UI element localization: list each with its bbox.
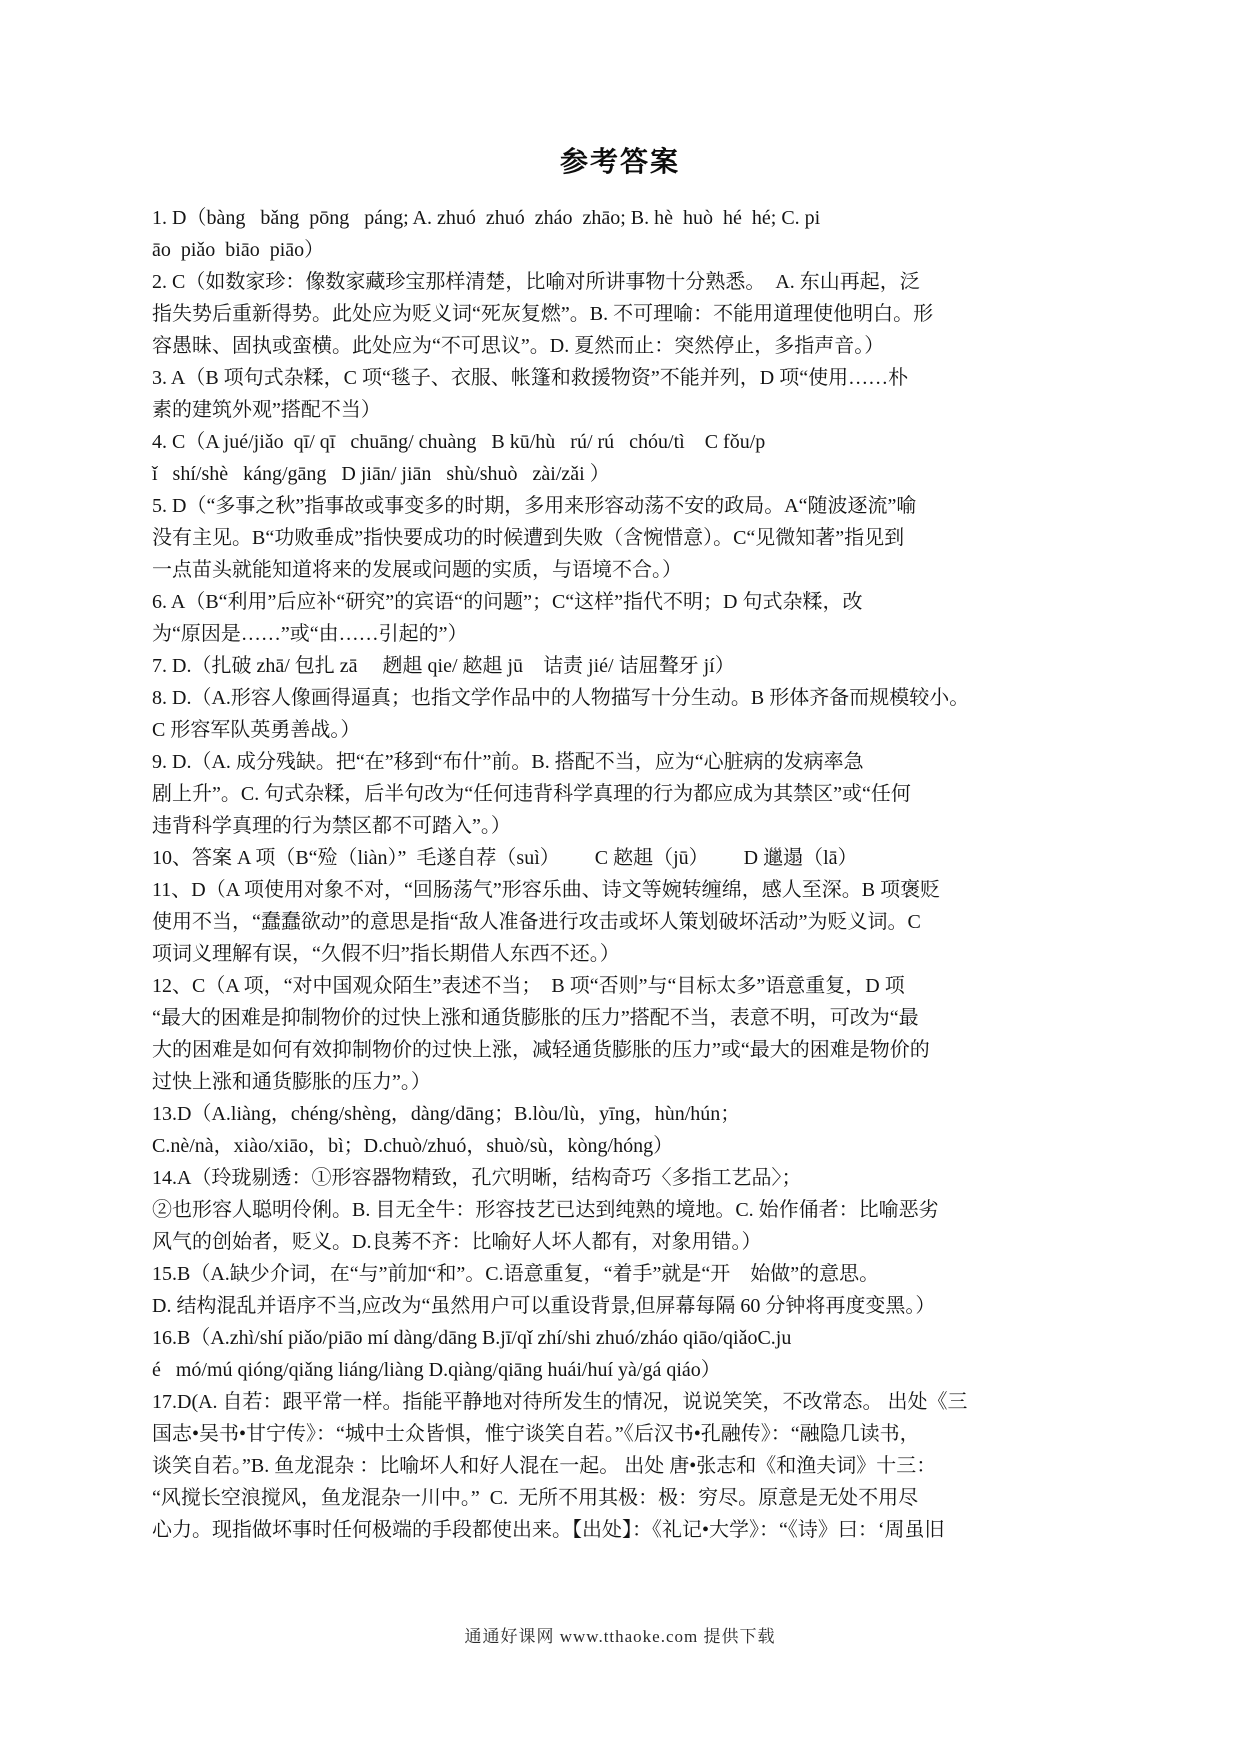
answer-line-12: 过快上涨和通货膨胀的压力”。） — [152, 1066, 1112, 1098]
answer-line-5: 5. D（“多事之秋”指事故或事变多的时期，多用来形容动荡不安的政局。A“随波逐… — [152, 490, 1112, 522]
answer-line-17: 17.D(A. 自若：跟平常一样。指能平静地对待所发生的情况，说说笑笑，不改常态… — [152, 1386, 1112, 1418]
answer-line-6: 为“原因是……”或“由……引起的”） — [152, 618, 1112, 650]
answer-line-9: 9. D.（A. 成分残缺。把“在”移到“布什”前。B. 搭配不当，应为“心脏病… — [152, 746, 1112, 778]
answer-line-11: 使用不当，“蠢蠢欲动”的意思是指“敌人准备进行攻击或坏人策划破坏活动”为贬义词。… — [152, 906, 1112, 938]
answer-line-2: 2. C（如数家珍：像数家藏珍宝那样清楚，比喻对所讲事物十分熟悉。 A. 东山再… — [152, 266, 1112, 298]
answer-line-17: “风搅长空浪搅风，鱼龙混杂一川中。” C. 无所不用其极：极：穷尽。原意是无处不… — [152, 1482, 1112, 1514]
answer-line-3: 3. A（B 项句式杂糅，C 项“毯子、衣服、帐篷和救援物资”不能并列，D 项“… — [152, 362, 1112, 394]
answer-line-14: 风气的创始者，贬义。D.良莠不齐：比喻好人坏人都有，对象用错。） — [152, 1226, 1112, 1258]
answer-line-12: 大的困难是如何有效抑制物价的过快上涨，减轻通货膨胀的压力”或“最大的困难是物价的 — [152, 1034, 1112, 1066]
answer-line-13: C.nè/nà，xiào/xiāo，bì；D.chuò/zhuó，shuò/sù… — [152, 1130, 1112, 1162]
answer-line-14: ②也形容人聪明伶俐。B. 目无全牛：形容技艺已达到纯熟的境地。C. 始作俑者：比… — [152, 1194, 1112, 1226]
answers-list: 1. D（bàng bǎng pōng páng; A. zhuó zhuó z… — [152, 202, 1112, 1546]
answer-line-6: 6. A（B“利用”后应补“研究”的宾语“的问题”；C“这样”指代不明；D 句式… — [152, 586, 1112, 618]
answer-line-4: ǐ shí/shè káng/gāng D jiān/ jiān shù/shu… — [152, 458, 1112, 490]
answer-line-3: 素的建筑外观”搭配不当） — [152, 394, 1112, 426]
answer-line-11: 项词义理解有误，“久假不归”指长期借人东西不还。） — [152, 938, 1112, 970]
answer-line-8: 8. D.（A.形容人像画得逼真；也指文学作品中的人物描写十分生动。B 形体齐备… — [152, 682, 1112, 714]
answer-line-1: āo piǎo biāo piāo） — [152, 234, 1112, 266]
answer-line-2: 容愚昧、固执或蛮横。此处应为“不可思议”。D. 夏然而止：突然停止，多指声音。） — [152, 330, 1112, 362]
answer-line-5: 一点苗头就能知道将来的发展或问题的实质，与语境不合。） — [152, 554, 1112, 586]
answer-line-7: 7. D.（扎破 zhā/ 包扎 zā 趔趄 qie/ 趑趄 jū 诘责 jié… — [152, 650, 1112, 682]
answer-line-17: 国志•吴书•甘宁传》：“城中士众皆惧，惟宁谈笑自若。”《后汉书•孔融传》：“融隐… — [152, 1418, 1112, 1450]
answer-line-4: 4. C（A jué/jiǎo qī/ qī chuāng/ chuàng B … — [152, 426, 1112, 458]
answer-line-17: 心力。现指做坏事时任何极端的手段都使出来。【出处】：《礼记•大学》：“《诗》曰：… — [152, 1514, 1112, 1546]
answer-line-9: 剧上升”。C. 句式杂糅，后半句改为“任何违背科学真理的行为都应成为其禁区”或“… — [152, 778, 1112, 810]
answer-line-2: 指失势后重新得势。此处应为贬义词“死灰复燃”。B. 不可理喻：不能用道理使他明白… — [152, 298, 1112, 330]
answer-line-11: 11、D（A 项使用对象不对，“回肠荡气”形容乐曲、诗文等婉转缠绵，感人至深。B… — [152, 874, 1112, 906]
answer-line-15: D. 结构混乱并语序不当,应改为“虽然用户可以重设背景,但屏幕每隔 60 分钟将… — [152, 1290, 1112, 1322]
answer-line-5: 没有主见。B“功败垂成”指快要成功的时候遭到失败（含惋惜意）。C“见微知著”指见… — [152, 522, 1112, 554]
answer-line-16: 16.B（A.zhì/shí piǎo/piāo mí dàng/dāng B.… — [152, 1322, 1112, 1354]
answer-line-8: C 形容军队英勇善战。） — [152, 714, 1112, 746]
answer-line-9: 违背科学真理的行为禁区都不可踏入”。） — [152, 810, 1112, 842]
page-title: 参考答案 — [150, 140, 1090, 180]
document-page: 参考答案 1. D（bàng bǎng pōng páng; A. zhuó z… — [0, 0, 1240, 1754]
answer-line-1: 1. D（bàng bǎng pōng páng; A. zhuó zhuó z… — [152, 202, 1112, 234]
answer-line-12: “最大的困难是抑制物价的过快上涨和通货膨胀的压力”搭配不当，表意不明，可改为“最 — [152, 1002, 1112, 1034]
answer-line-16: é mó/mú qióng/qiǎng liáng/liàng D.qiàng/… — [152, 1354, 1112, 1386]
answer-line-17: 谈笑自若。”B. 鱼龙混杂 ：比喻坏人和好人混在一起。 出处 唐•张志和《和渔夫… — [152, 1450, 1112, 1482]
footer-watermark: 通通好课网 www.tthaoke.com 提供下载 — [0, 1622, 1240, 1647]
answer-line-10: 10、答案 A 项（B“殓（liàn）” 毛遂自荐（suì） C 趑趄（jū） … — [152, 842, 1112, 874]
answer-line-12: 12、C（A 项，“对中国观众陌生”表述不当； B 项“否则”与“目标太多”语意… — [152, 970, 1112, 1002]
answer-line-14: 14.A（玲珑剔透：①形容器物精致，孔穴明晰，结构奇巧〈多指工艺品〉； — [152, 1162, 1112, 1194]
answer-line-13: 13.D（A.liàng，chéng/shèng，dàng/dāng；B.lòu… — [152, 1098, 1112, 1130]
answer-line-15: 15.B（A.缺少介词，在“与”前加“和”。C.语意重复，“着手”就是“开 始做… — [152, 1258, 1112, 1290]
